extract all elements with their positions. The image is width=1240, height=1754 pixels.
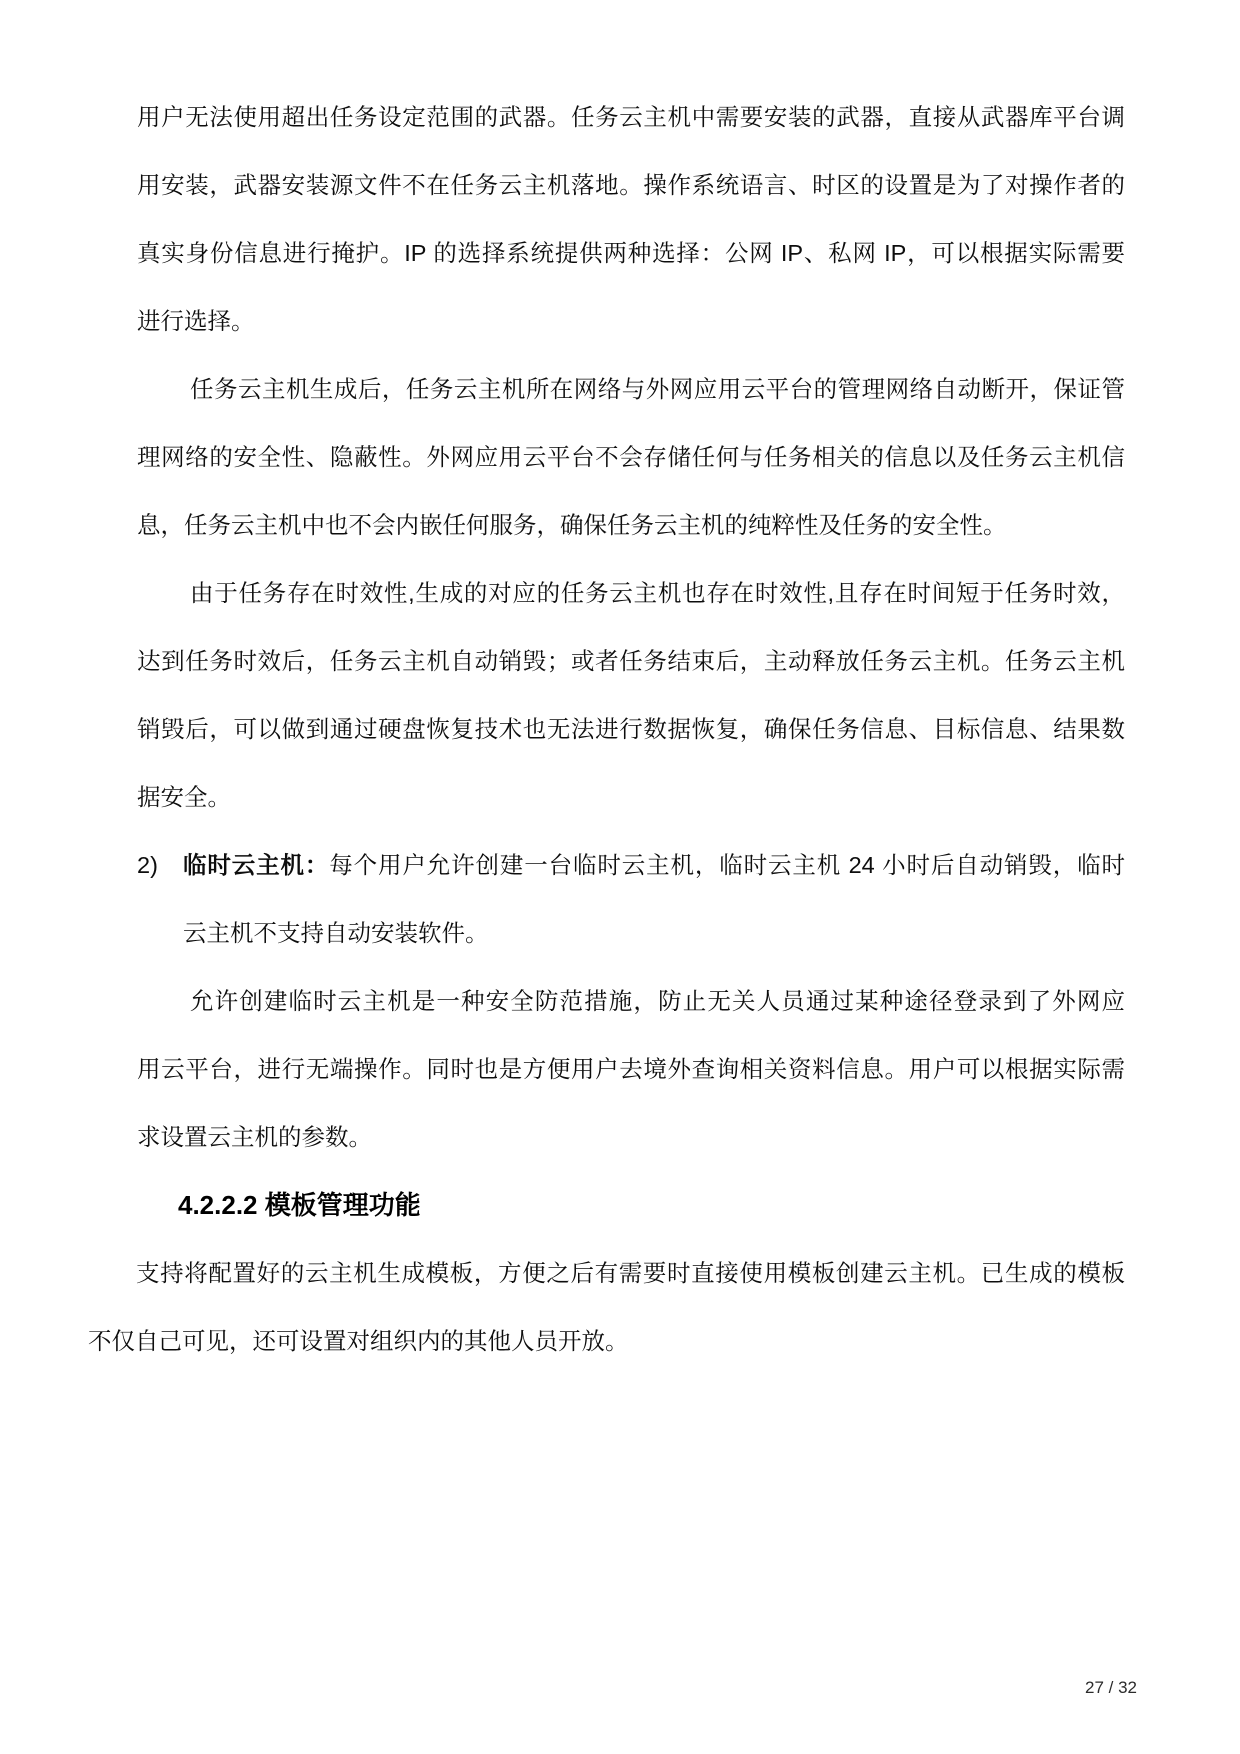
list-item-2-cont-line: 云主机不支持自动安装软件。 [183,899,1125,967]
para4-line-2: 用云平台，进行无端操作。同时也是方便用户去境外查询相关资料信息。用户可以根据实际… [137,1035,1125,1103]
para3-line-2: 达到任务时效后，任务云主机自动销毁；或者任务结束后，主动释放任务云主机。任务云主… [137,627,1125,695]
para3-line-4: 据安全。 [137,763,1125,831]
para1-line-4: 进行选择。 [137,287,1125,355]
para2-line-3: 息，任务云主机中也不会内嵌任何服务，确保任务云主机的纯粹性及任务的安全性。 [137,491,1125,559]
para2-line-1: 任务云主机生成后，任务云主机所在网络与外网应用云平台的管理网络自动断开，保证管 [137,355,1125,423]
list-item-2: 2) 临时云主机：每个用户允许创建一台临时云主机，临时云主机 24 小时后自动销… [137,831,1125,899]
para3-line-3: 销毁后，可以做到通过硬盘恢复技术也无法进行数据恢复，确保任务信息、目标信息、结果… [137,695,1125,763]
para1-line-1: 用户无法使用超出任务设定范围的武器。任务云主机中需要安装的武器，直接从武器库平台… [137,83,1125,151]
para4-line-3: 求设置云主机的参数。 [137,1103,1125,1171]
para1-line-2: 用安装，武器安装源文件不在任务云主机落地。操作系统语言、时区的设置是为了对操作者… [137,151,1125,219]
section-heading: 4.2.2.2 模板管理功能 [178,1171,421,1239]
document-page: 用户无法使用超出任务设定范围的武器。任务云主机中需要安装的武器，直接从武器库平台… [0,0,1240,1754]
list-item-text: 临时云主机：每个用户允许创建一台临时云主机，临时云主机 24 小时后自动销毁，临… [183,831,1125,899]
para2-line-2: 理网络的安全性、隐蔽性。外网应用云平台不会存储任何与任务相关的信息以及任务云主机… [137,423,1125,491]
para1-line-3: 真实身份信息进行掩护。IP 的选择系统提供两种选择：公网 IP、私网 IP，可以… [137,219,1125,287]
para3-line-1: 由于任务存在时效性,生成的对应的任务云主机也存在时效性,且存在时间短于任务时效， [137,559,1125,627]
para5-line-1: 支持将配置好的云主机生成模板，方便之后有需要时直接使用模板创建云主机。已生成的模… [88,1239,1125,1307]
list-item-first-line: 每个用户允许创建一台临时云主机，临时云主机 24 小时后自动销毁，临时 [329,852,1125,878]
page-number: 27 / 32 [1085,1676,1137,1700]
list-item-marker: 2) [137,831,183,899]
para4-line-1: 允许创建临时云主机是一种安全防范措施，防止无关人员通过某种途径登录到了外网应 [137,967,1125,1035]
list-item-label: 临时云主机： [183,852,329,878]
para5-line-2: 不仅自己可见，还可设置对组织内的其他人员开放。 [88,1307,1125,1375]
